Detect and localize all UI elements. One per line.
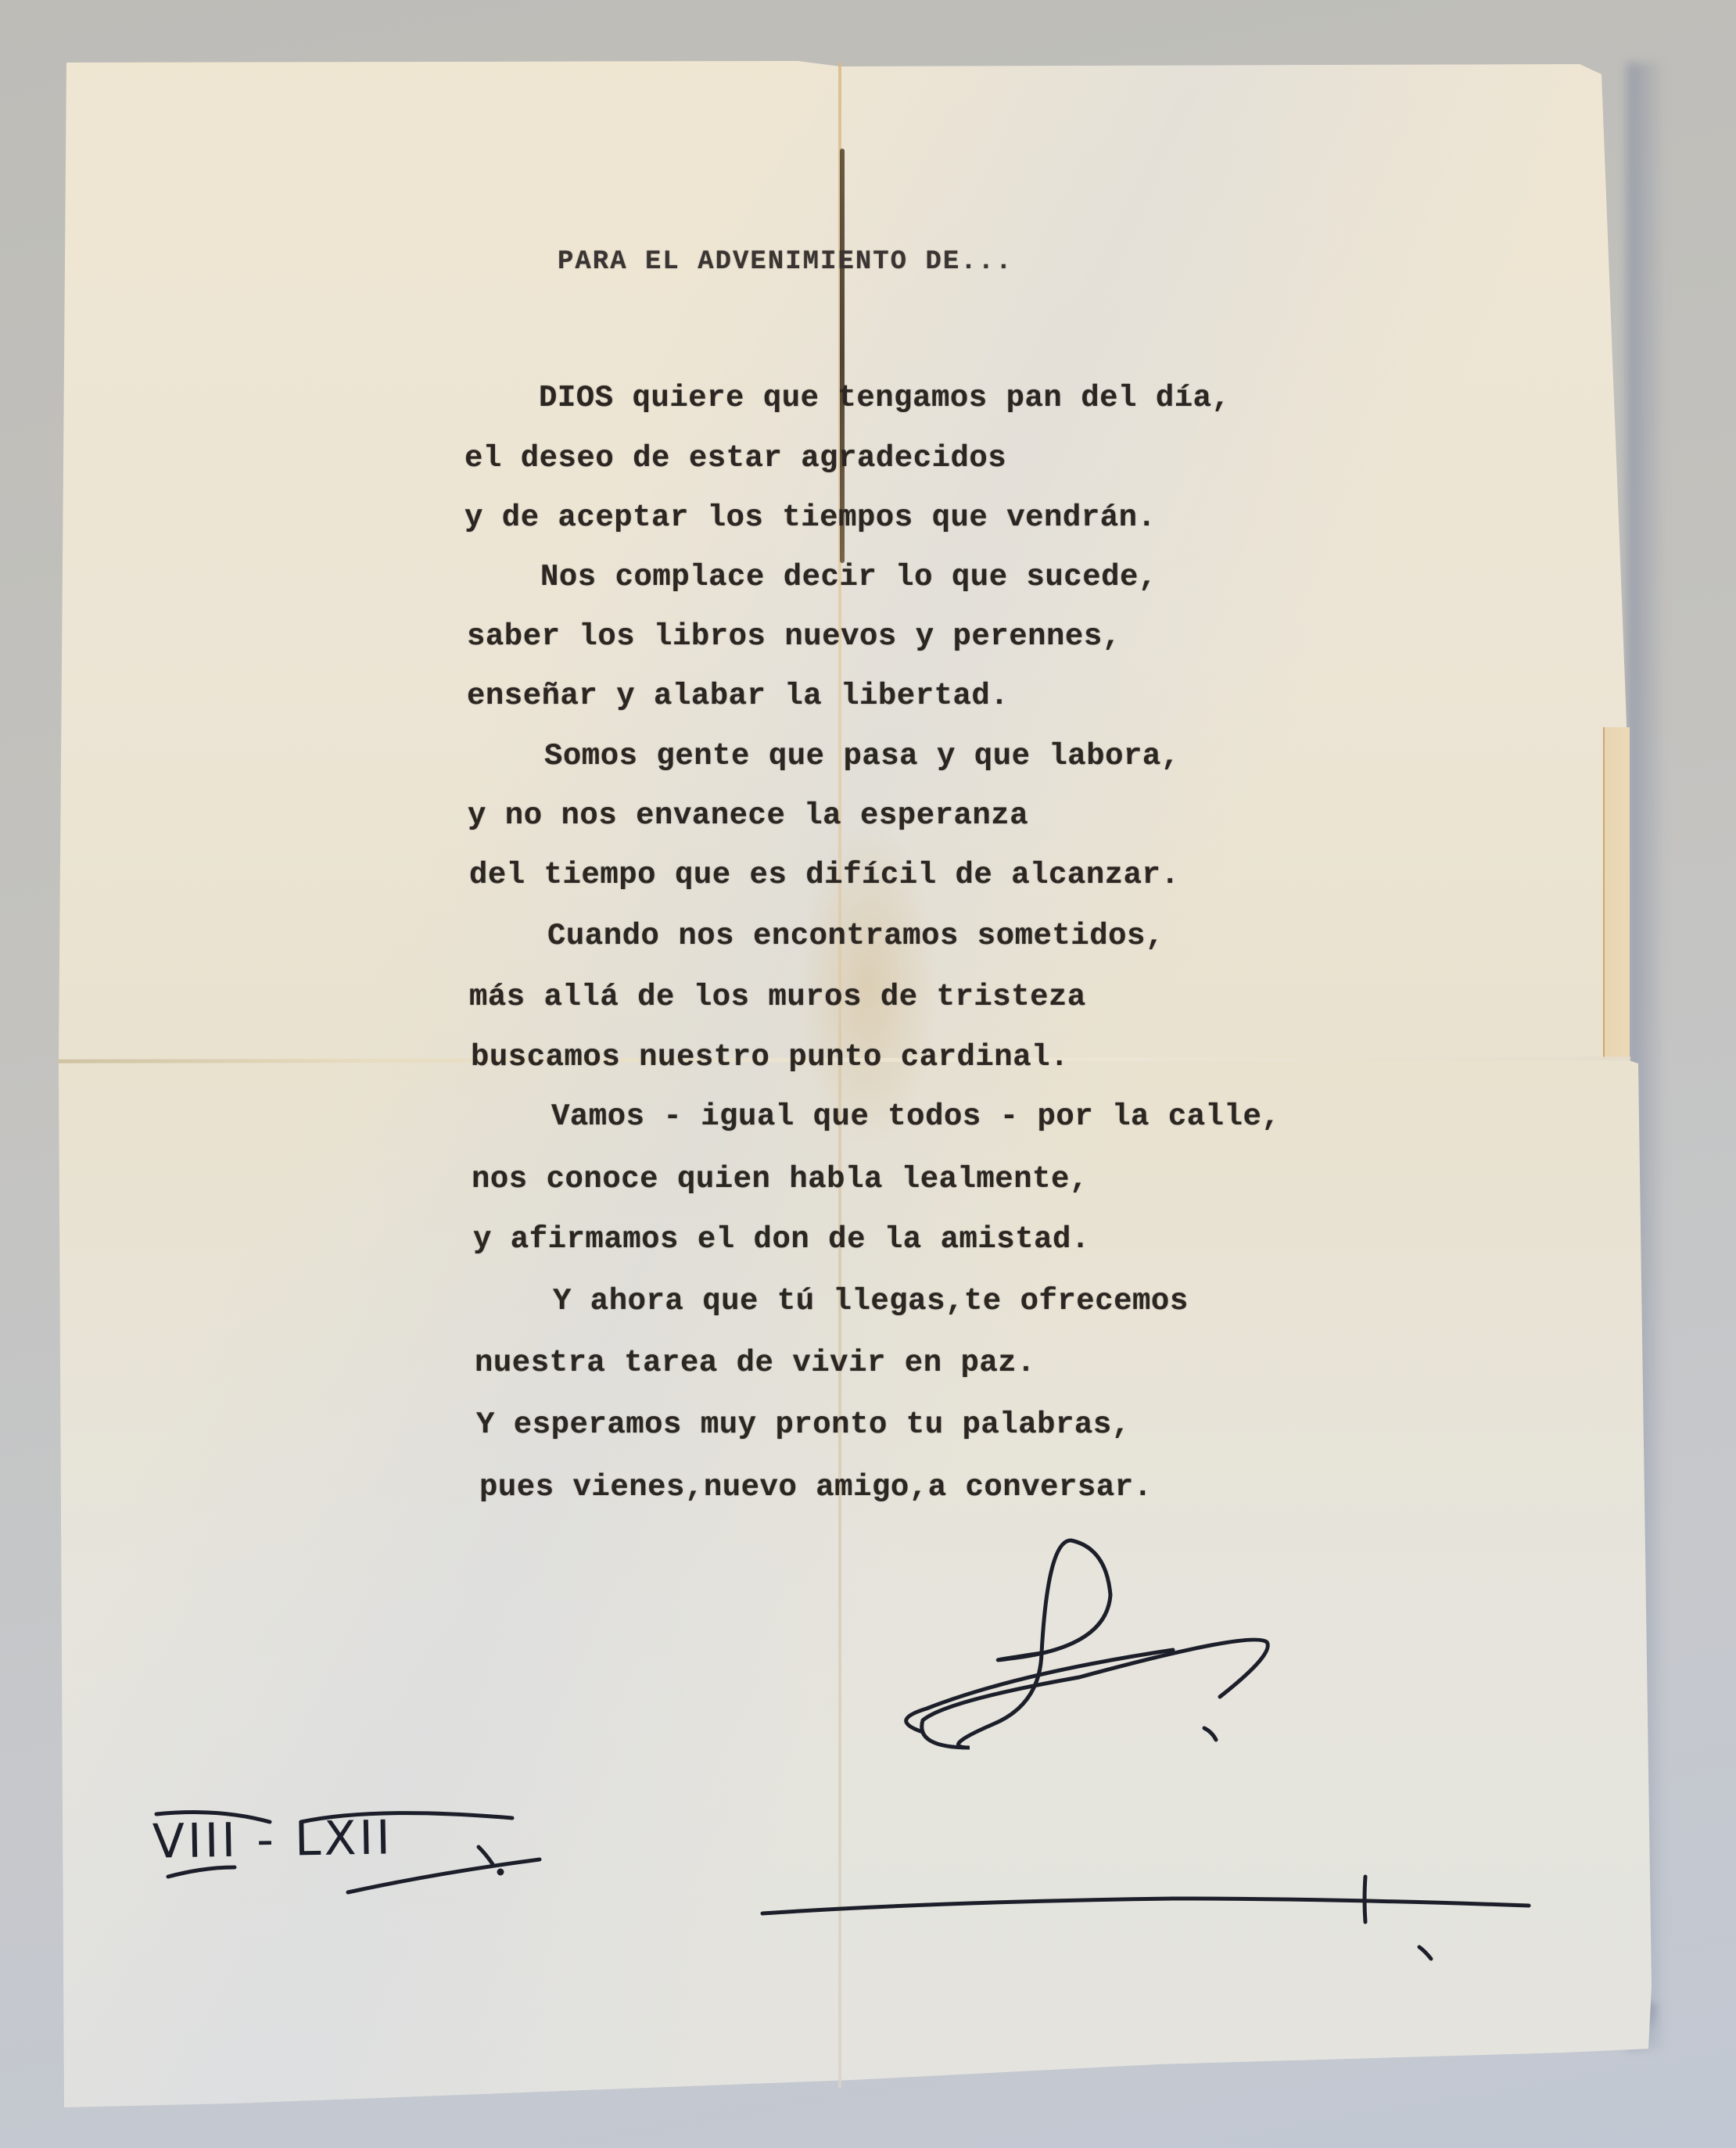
- poem-line: el deseo de estar agradecidos: [464, 443, 1006, 474]
- poem-line: Y esperamos muy pronto tu palabras,: [476, 1410, 1131, 1440]
- poem-title: PARA EL ADVENIMIENTO DE...: [558, 249, 1013, 275]
- poem-line: buscamos nuestro punto cardinal.: [471, 1042, 1069, 1073]
- poem-line: nos conoce quien habla lealmente,: [472, 1164, 1089, 1195]
- poem-line: del tiempo que es difícil de alcanzar.: [469, 860, 1179, 891]
- paper-torn-flap: [1603, 727, 1630, 1060]
- poem-line: Nos complace decir lo que sucede,: [540, 562, 1157, 593]
- poem-line: pues vienes,nuevo amigo,a conversar.: [479, 1472, 1153, 1503]
- poem-line: Vamos - igual que todos - por la calle,: [551, 1102, 1280, 1132]
- poem-line: Cuando nos encontramos sometidos,: [547, 921, 1164, 952]
- poem-line: Somos gente que pasa y que labora,: [544, 741, 1180, 772]
- poem-line: saber los libros nuevos y perennes,: [467, 622, 1121, 652]
- poem-line: y no nos envanece la esperanza: [468, 801, 1028, 831]
- poem-line: nuestra tarea de vivir en paz.: [475, 1348, 1035, 1379]
- photograph: PARA EL ADVENIMIENTO DE... DIOS quiere q…: [0, 0, 1736, 2148]
- poem-line: enseñar y alabar la libertad.: [467, 681, 1009, 712]
- poem-line: DIOS quiere que tengamos pan del día,: [539, 383, 1230, 414]
- handwritten-date: VIII - LXII: [152, 1810, 393, 1869]
- poem-line: Y ahora que tú llegas,te ofrecemos: [553, 1286, 1189, 1317]
- poem-line: más allá de los muros de tristeza: [469, 982, 1086, 1013]
- poem-line: y de aceptar los tiempos que vendrán.: [464, 503, 1156, 533]
- poem-line: y afirmamos el don de la amistad.: [473, 1225, 1090, 1255]
